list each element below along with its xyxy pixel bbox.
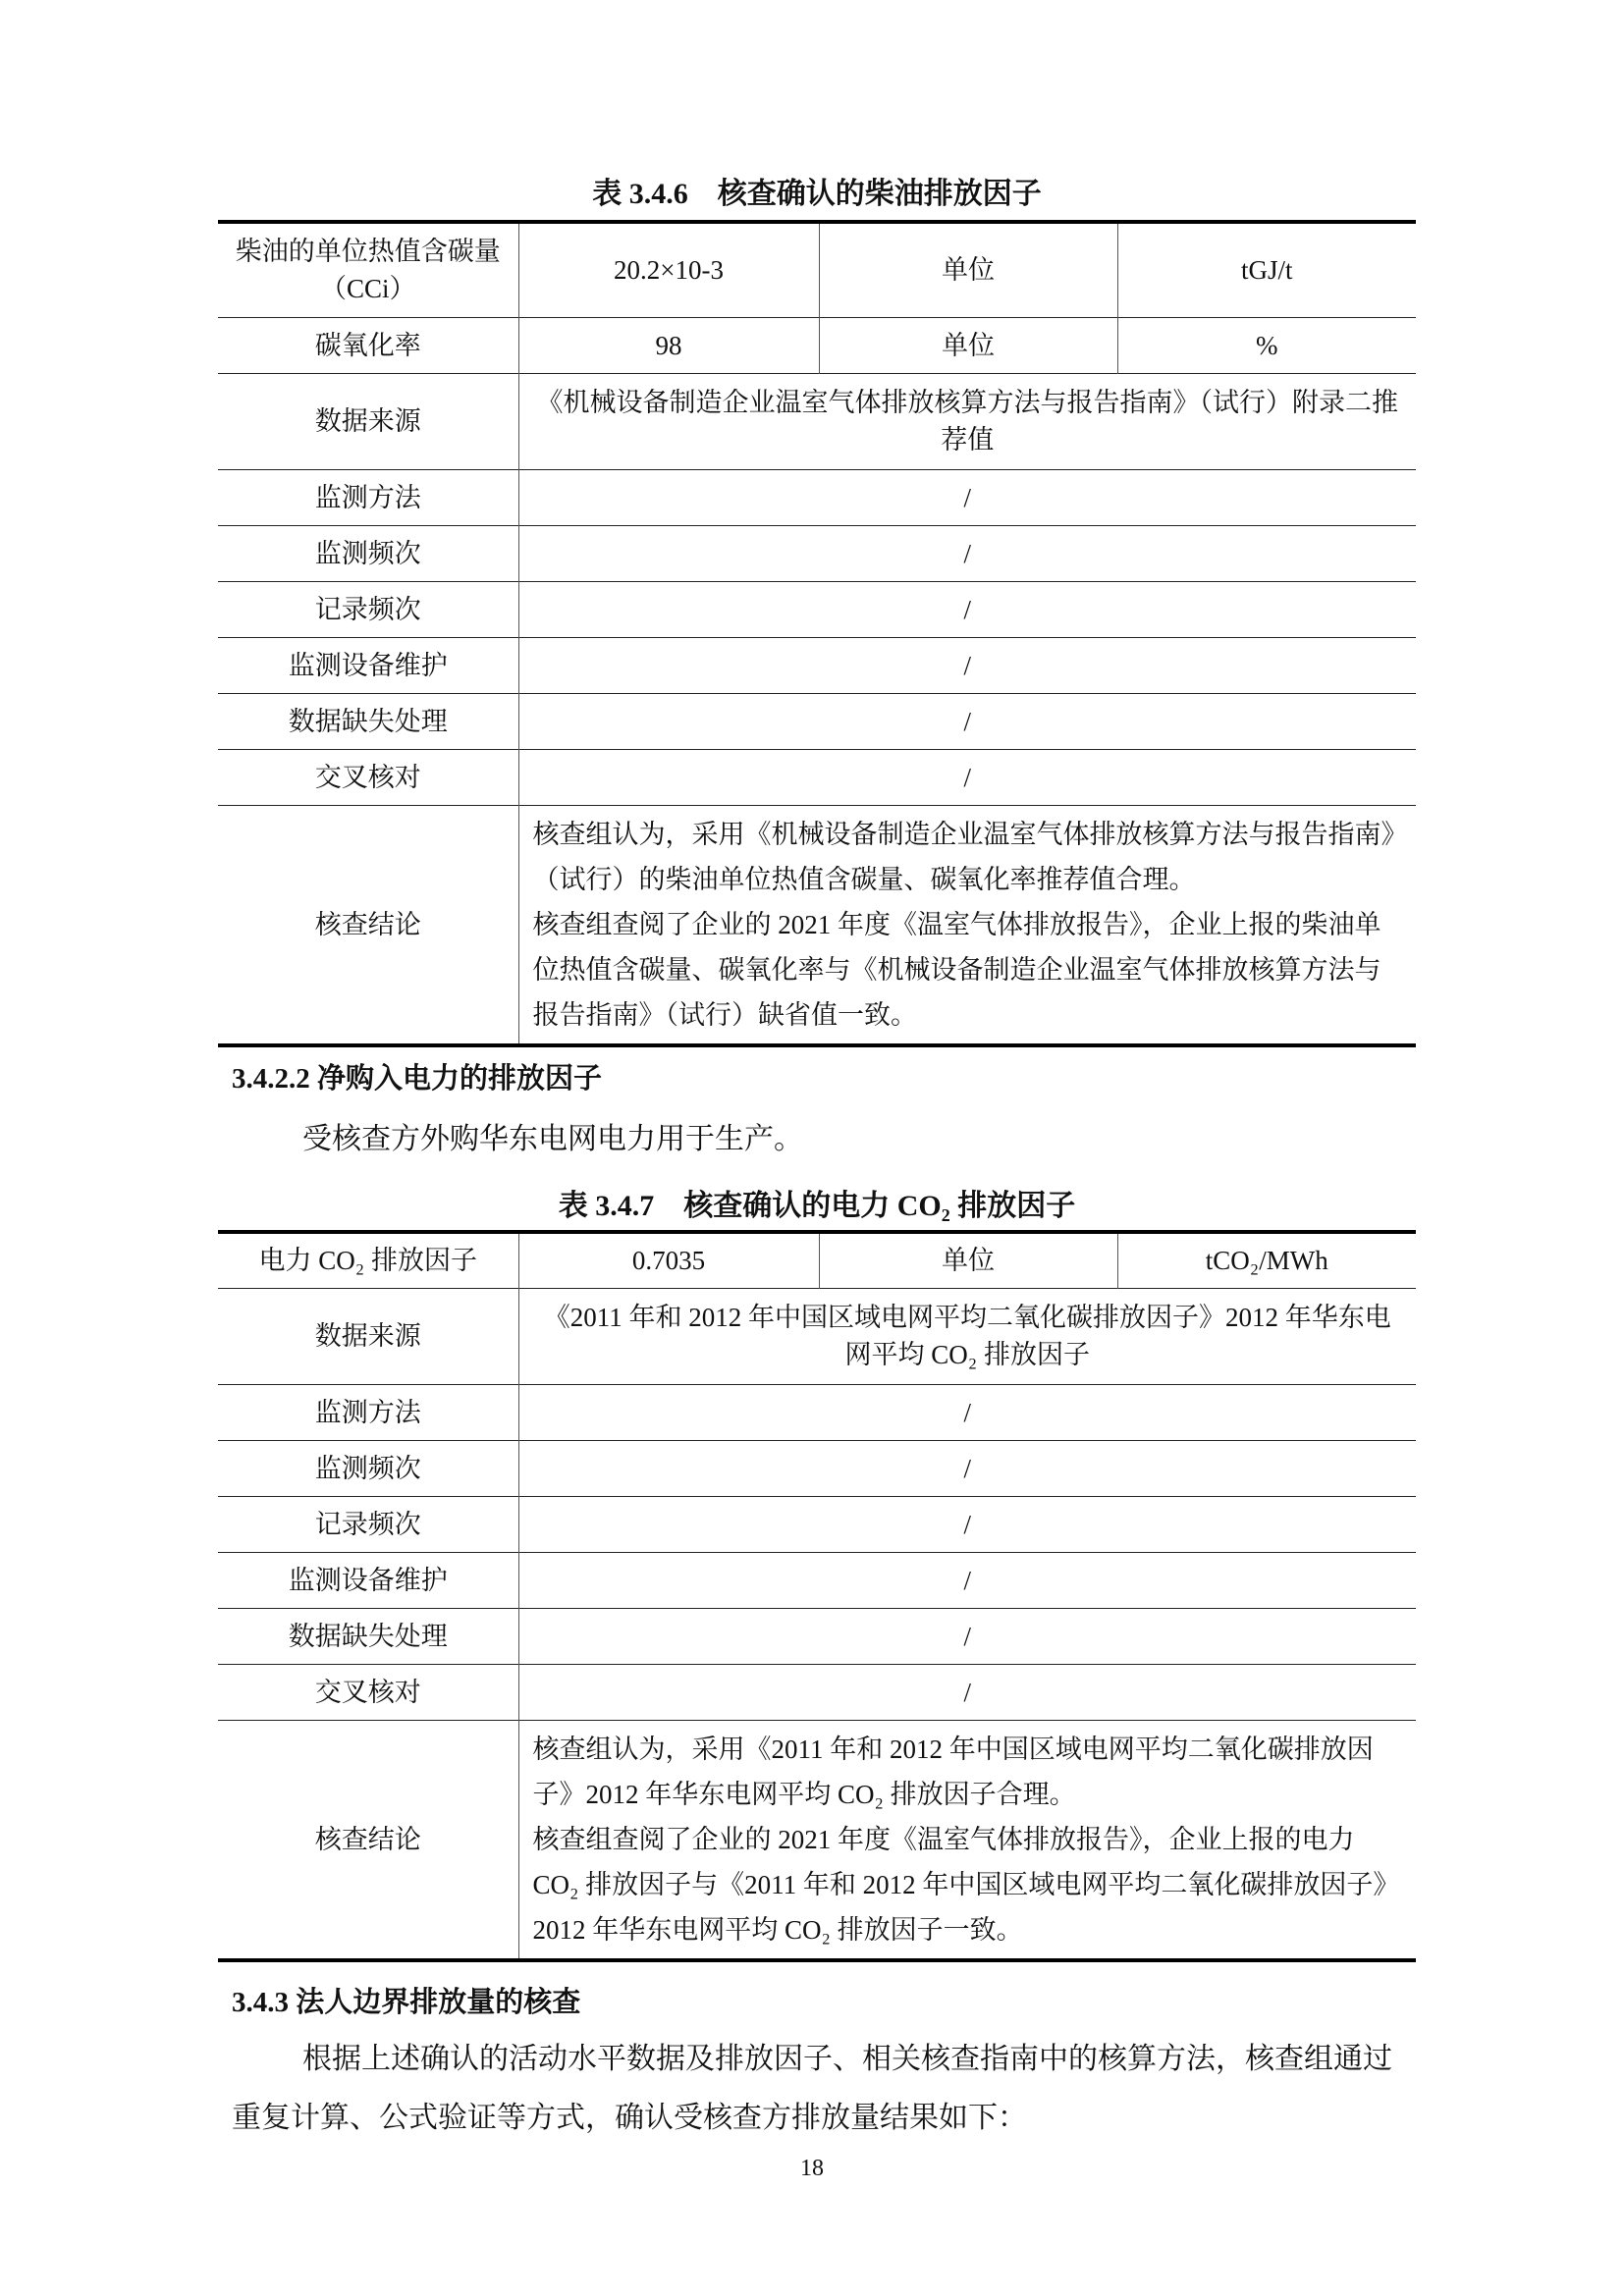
row-label: 柴油的单位热值含碳量（CCi） <box>218 222 518 317</box>
row-label: 碳氧化率 <box>218 317 518 373</box>
table-diesel-emission-factor: 柴油的单位热值含碳量（CCi） 20.2×10-3 单位 tGJ/t 碳氧化率 … <box>218 220 1416 1047</box>
row-label: 监测频次 <box>218 1440 518 1496</box>
cell-value: / <box>518 1384 1416 1440</box>
cell-value: / <box>518 525 1416 581</box>
cell-value: / <box>518 1608 1416 1664</box>
cell-value: / <box>518 749 1416 805</box>
row-label: 监测方法 <box>218 469 518 525</box>
row-label: 交叉核对 <box>218 749 518 805</box>
table-row: 监测方法 / <box>218 1384 1416 1440</box>
conclusion-paragraph: 核查组查阅了企业的 2021 年度《温室气体排放报告》，企业上报的柴油单位热值含… <box>533 902 1403 1038</box>
cell-unit: % <box>1117 317 1416 373</box>
row-label: 监测频次 <box>218 525 518 581</box>
cell-value: / <box>518 1496 1416 1552</box>
cell-value: / <box>518 469 1416 525</box>
row-label: 核查结论 <box>218 1720 518 1960</box>
row-label: 记录频次 <box>218 1496 518 1552</box>
row-label: 监测设备维护 <box>218 1552 518 1608</box>
cell-value: / <box>518 581 1416 637</box>
row-label: 数据来源 <box>218 373 518 469</box>
table-electricity-emission-factor: 电力 CO₂ 排放因子 0.7035 单位 tCO₂/MWh 数据来源 《201… <box>218 1230 1416 1962</box>
table-row: 数据来源 《2011 年和 2012 年中国区域电网平均二氧化碳排放因子》201… <box>218 1288 1416 1384</box>
table-caption-3-4-7: 表 3.4.7 核查确认的电力 CO₂ 排放因子 <box>218 1181 1416 1224</box>
cell-value: / <box>518 1440 1416 1496</box>
row-label: 数据来源 <box>218 1288 518 1384</box>
table-row: 监测频次 / <box>218 1440 1416 1496</box>
table-row: 碳氧化率 98 单位 % <box>218 317 1416 373</box>
cell-value: / <box>518 637 1416 693</box>
cell-unit-label: 单位 <box>819 317 1117 373</box>
conclusion-cell: 核查组认为，采用《2011 年和 2012 年中国区域电网平均二氧化碳排放因子》… <box>518 1720 1416 1960</box>
row-label: 数据缺失处理 <box>218 693 518 749</box>
table-row: 交叉核对 / <box>218 749 1416 805</box>
table-row-conclusion: 核查结论 核查组认为，采用《2011 年和 2012 年中国区域电网平均二氧化碳… <box>218 1720 1416 1960</box>
cell-value: / <box>518 693 1416 749</box>
table-row: 监测设备维护 / <box>218 637 1416 693</box>
table-row: 监测方法 / <box>218 469 1416 525</box>
conclusion-paragraph: 核查组认为，采用《机械设备制造企业温室气体排放核算方法与报告指南》（试行）的柴油… <box>533 812 1403 902</box>
section-heading-3-4-3: 3.4.3 法人边界排放量的核查 <box>232 1980 580 2020</box>
table-row: 交叉核对 / <box>218 1664 1416 1720</box>
cell-value: 《2011 年和 2012 年中国区域电网平均二氧化碳排放因子》2012 年华东… <box>518 1288 1416 1384</box>
cell-value: / <box>518 1664 1416 1720</box>
row-label: 监测设备维护 <box>218 637 518 693</box>
table-row: 柴油的单位热值含碳量（CCi） 20.2×10-3 单位 tGJ/t <box>218 222 1416 317</box>
row-label: 电力 CO₂ 排放因子 <box>218 1232 518 1288</box>
paragraph: 根据上述确认的活动水平数据及排放因子、相关核查指南中的核算方法，核查组通过重复计… <box>232 2030 1400 2148</box>
row-label: 记录频次 <box>218 581 518 637</box>
row-label: 核查结论 <box>218 805 518 1045</box>
row-label: 交叉核对 <box>218 1664 518 1720</box>
cell-unit: tGJ/t <box>1117 222 1416 317</box>
table-row: 记录频次 / <box>218 581 1416 637</box>
paragraph: 受核查方外购华东电网电力用于生产。 <box>232 1110 1400 1169</box>
cell-value: 0.7035 <box>518 1232 819 1288</box>
table-caption-3-4-6: 表 3.4.6 核查确认的柴油排放因子 <box>218 169 1416 212</box>
table-row: 电力 CO₂ 排放因子 0.7035 单位 tCO₂/MWh <box>218 1232 1416 1288</box>
row-label: 监测方法 <box>218 1384 518 1440</box>
section-heading-3-4-2-2: 3.4.2.2 净购入电力的排放因子 <box>232 1056 602 1096</box>
cell-unit-label: 单位 <box>819 222 1117 317</box>
table-row: 监测频次 / <box>218 525 1416 581</box>
cell-value: 20.2×10-3 <box>518 222 819 317</box>
cell-value: 《机械设备制造企业温室气体排放核算方法与报告指南》（试行）附录二推荐值 <box>518 373 1416 469</box>
table-row: 监测设备维护 / <box>218 1552 1416 1608</box>
page-number: 18 <box>0 2156 1624 2182</box>
conclusion-cell: 核查组认为，采用《机械设备制造企业温室气体排放核算方法与报告指南》（试行）的柴油… <box>518 805 1416 1045</box>
table-row: 数据来源 《机械设备制造企业温室气体排放核算方法与报告指南》（试行）附录二推荐值 <box>218 373 1416 469</box>
cell-unit: tCO₂/MWh <box>1117 1232 1416 1288</box>
table-row: 数据缺失处理 / <box>218 1608 1416 1664</box>
table-row-conclusion: 核查结论 核查组认为，采用《机械设备制造企业温室气体排放核算方法与报告指南》（试… <box>218 805 1416 1045</box>
cell-unit-label: 单位 <box>819 1232 1117 1288</box>
table-row: 数据缺失处理 / <box>218 693 1416 749</box>
cell-value: / <box>518 1552 1416 1608</box>
conclusion-paragraph: 核查组认为，采用《2011 年和 2012 年中国区域电网平均二氧化碳排放因子》… <box>533 1727 1403 1817</box>
cell-value: 98 <box>518 317 819 373</box>
conclusion-paragraph: 核查组查阅了企业的 2021 年度《温室气体排放报告》，企业上报的电力 CO₂ … <box>533 1817 1403 1952</box>
row-label: 数据缺失处理 <box>218 1608 518 1664</box>
table-row: 记录频次 / <box>218 1496 1416 1552</box>
